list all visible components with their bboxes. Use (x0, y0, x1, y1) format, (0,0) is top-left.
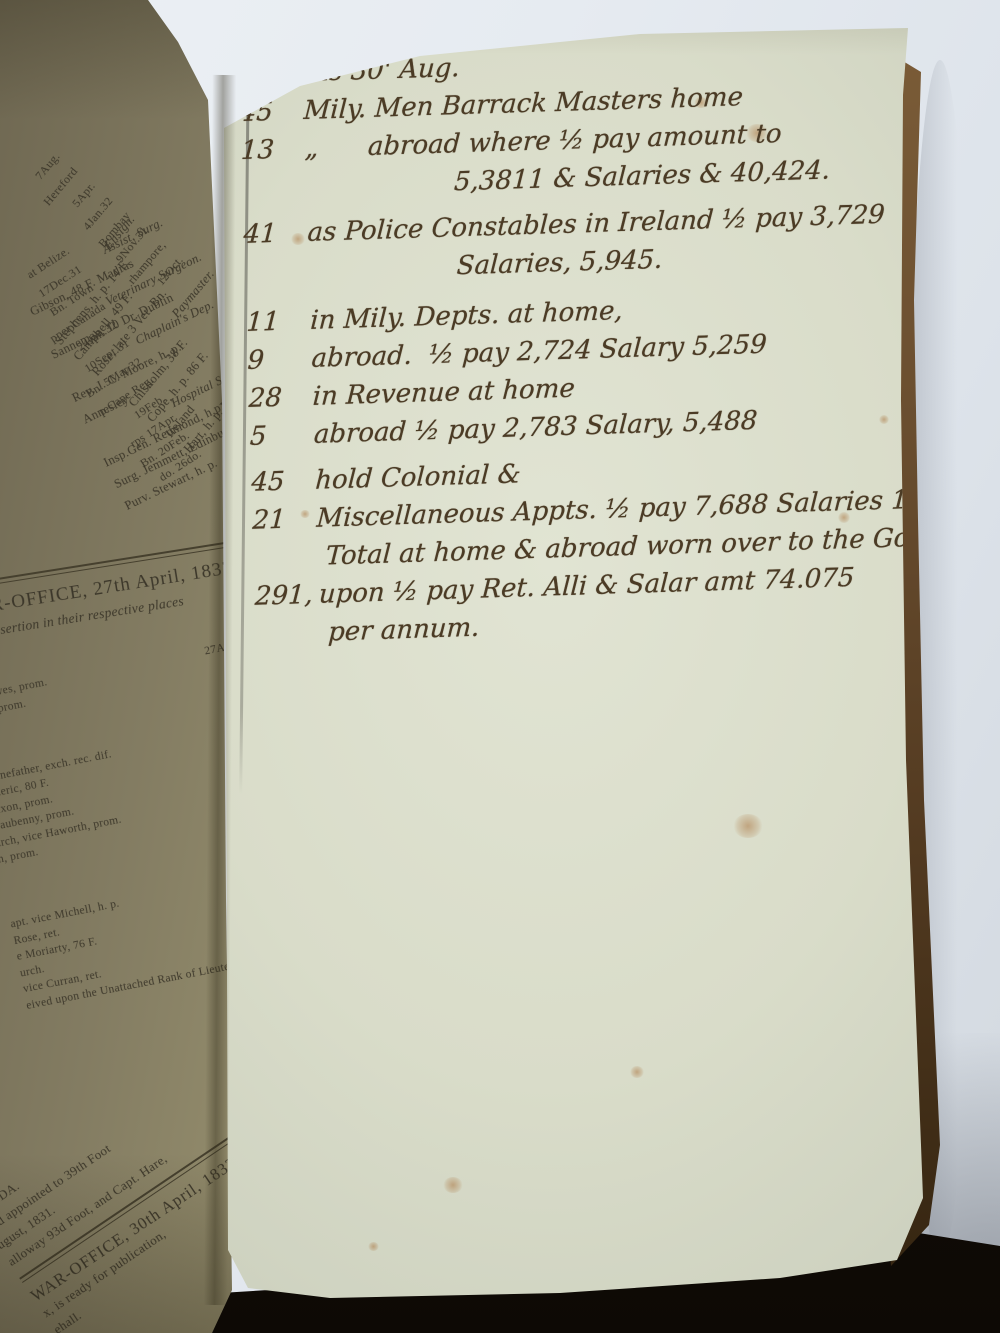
printed-date-line: 4Jan.32 (28, 191, 120, 294)
promotion-name: Daubenny, prom. (0, 804, 76, 836)
printed-date-line: rps 17Apr. (78, 406, 182, 484)
foxing-spot (733, 814, 763, 838)
promotion-name (28, 1014, 31, 1030)
promotion-name: e Moriarty, 76 F. (15, 934, 98, 966)
foxing-spot (368, 1242, 379, 1251)
printed-date-line: p.Cape Reg. (54, 369, 158, 447)
handwriting-count: 21 (252, 500, 318, 540)
promotion-name: Esteric, 80 F. (0, 775, 50, 804)
handwriting-count: 9 (247, 340, 313, 380)
printed-date-line: rhampore, (81, 236, 173, 339)
printed-date-line: 9Nov.31 (63, 221, 155, 324)
handwriting-text: Salaries, 5,945. (456, 241, 664, 286)
printed-date-line: Hereford (0, 162, 84, 265)
printed-dates-column-middle: at Belize.17Dec.31Bn. Townpper Canada24J… (0, 240, 206, 521)
promotion-name: Pennefather, exch. rec. dif. (0, 746, 113, 787)
promotion-name: n, prom. (0, 844, 40, 868)
promotion-name: urch, vice Haworth, prom. (0, 811, 123, 852)
promotion-name: Rose, ret. (12, 924, 61, 949)
book-photo: 7Aug.Hereford5Apr.4Jan.32Bombay9Nov.31rh… (0, 0, 1000, 1333)
promotion-name: rdon, prom. (0, 695, 28, 722)
printed-date-line: 10Sept.31 (30, 332, 134, 410)
handwriting-count: 5 (249, 416, 315, 456)
handwriting-text: hold Colonial & (314, 455, 521, 500)
handwriting-count: 28 (248, 378, 314, 418)
promotion-name: apt. vice Michell, h. p. (9, 896, 121, 933)
printed-date-line: Bn. Town (0, 277, 98, 355)
printed-date-line: pper Canada (6, 295, 110, 373)
printed-date-line: 5Apr. (10, 176, 102, 279)
printed-date-line: at Belize. (0, 240, 74, 318)
printed-date-line: 19Feb. (66, 388, 170, 466)
handwriting-count: 291, (254, 576, 320, 616)
promotion-name (6, 901, 9, 917)
printed-dates-column-top: 7Aug.Hereford5Apr.4Jan.32Bombay9Nov.31rh… (0, 147, 190, 353)
printed-fragment-line: RANDA. (0, 1037, 230, 1221)
promotion-name: Burrowes, prom. (0, 674, 49, 706)
printed-date-line: Bn. 20Feb. (90, 425, 194, 503)
printed-date-line: Bn. 5Mar.32 (42, 351, 146, 429)
foxing-spot (443, 1177, 463, 1193)
handwriting-count: 13 (240, 130, 306, 170)
promotion-name: Dixon, prom. (0, 791, 54, 820)
handwriting-count: 45 (250, 462, 316, 502)
handwriting-block: Mems 30' Aug. 45 Mily. Men Barrack Maste… (238, 34, 956, 654)
printed-name-line: Ensign. (30, 128, 209, 335)
printed-date-line: 17Dec.31 (0, 259, 86, 337)
handwriting-text: per annum. (327, 609, 480, 652)
handwriting-count: 41 (243, 214, 309, 254)
promotion-name (0, 868, 3, 884)
printed-date-line: Bombay (45, 206, 137, 309)
promotion-name: vice Curran, ret. (22, 966, 104, 997)
printed-date-line: 12Oct. (98, 250, 190, 353)
promotion-name: urch. (19, 961, 47, 982)
promotion-name (3, 884, 6, 900)
handwriting-count: 11 (245, 302, 311, 342)
printed-date-line: do. 26do. (102, 443, 206, 521)
printed-name-line: Stephens, h. p. 14 F. (48, 144, 227, 351)
printed-date-line: 24Jan.32 (18, 314, 122, 392)
printed-date-line: 7Aug. (0, 147, 67, 250)
foxing-spot (630, 1066, 644, 1078)
